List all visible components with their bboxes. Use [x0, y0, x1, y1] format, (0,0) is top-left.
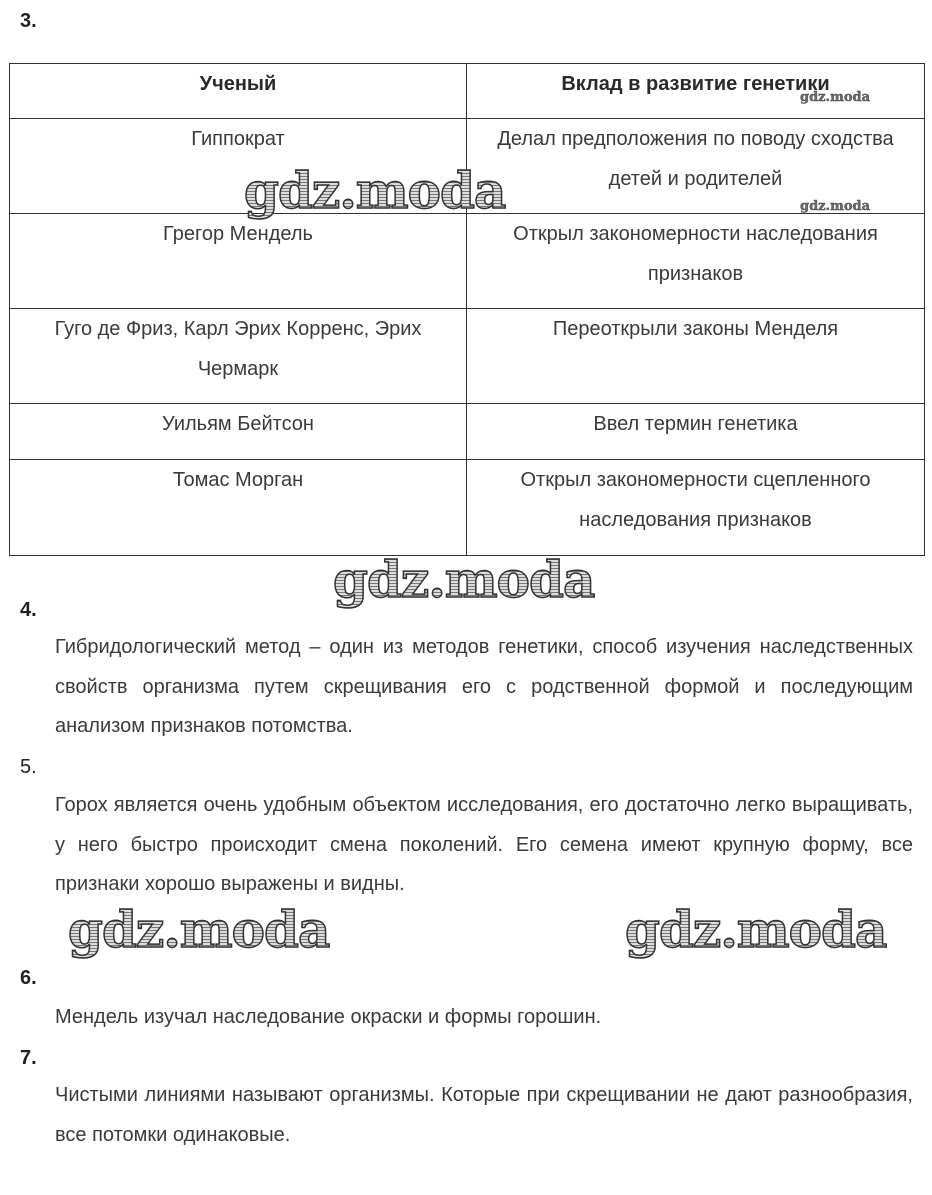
header-scientist: Ученый	[10, 64, 467, 119]
question-5-answer: Горох является очень удобным объектом ис…	[55, 786, 913, 905]
table-row: Уильям Бейтсон Ввел термин генетика	[10, 404, 925, 460]
contribution-cell: Переоткрыли законы Менделя	[467, 309, 925, 404]
watermark-logo: gdz.moda	[333, 552, 594, 608]
question-7-number: 7.	[20, 1047, 37, 1070]
scientist-cell: Гиппократ	[10, 119, 467, 214]
watermark-logo: gdz.moda	[68, 902, 329, 958]
question-4-answer: Гибридологический метод – один из методо…	[55, 628, 913, 747]
scientist-cell: Томас Морган	[10, 460, 467, 556]
question-3-number: 3.	[20, 10, 37, 33]
question-5-number: 5.	[20, 756, 37, 779]
table-row: Гуго де Фриз, Карл Эрих Корренс, Эрих Че…	[10, 309, 925, 404]
header-contribution: Вклад в развитие генетики	[467, 64, 925, 119]
scientist-cell: Грегор Мендель	[10, 214, 467, 309]
watermark-logo: gdz.moda	[625, 902, 886, 958]
contribution-cell: Делал предположения по поводу сходства д…	[467, 119, 925, 214]
question-7-answer: Чистыми линиями называют организмы. Кото…	[55, 1076, 913, 1155]
contribution-cell: Открыл закономерности наследования призн…	[467, 214, 925, 309]
question-6-answer: Мендель изучал наследование окраски и фо…	[55, 998, 913, 1038]
scientist-cell: Уильям Бейтсон	[10, 404, 467, 460]
question-6-number: 6.	[20, 967, 37, 990]
scientists-table: Ученый Вклад в развитие генетики Гиппокр…	[9, 63, 925, 556]
scientist-cell: Гуго де Фриз, Карл Эрих Корренс, Эрих Че…	[10, 309, 467, 404]
table-row: Гиппократ Делал предположения по поводу …	[10, 119, 925, 214]
contribution-cell: Открыл закономерности сцепленного наслед…	[467, 460, 925, 556]
table-row: Грегор Мендель Открыл закономерности нас…	[10, 214, 925, 309]
table-row: Томас Морган Открыл закономерности сцепл…	[10, 460, 925, 556]
contribution-cell: Ввел термин генетика	[467, 404, 925, 460]
question-4-number: 4.	[20, 599, 37, 622]
table-header-row: Ученый Вклад в развитие генетики	[10, 64, 925, 119]
